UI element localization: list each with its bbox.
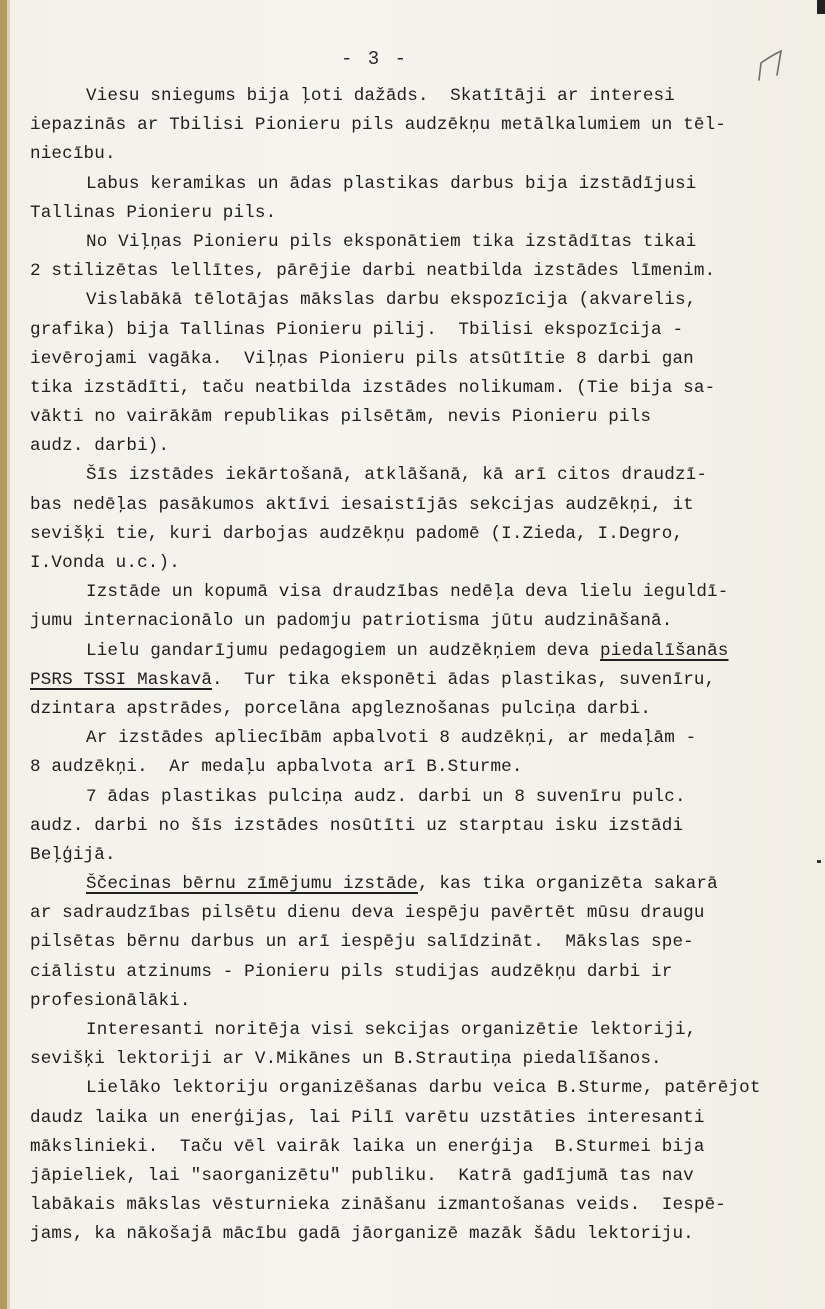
text-line: audz. darbi). — [30, 432, 825, 461]
text-line: 2 stilizētas lellītes, pārējie darbi nea… — [30, 257, 825, 286]
text-segment: I.Vonda u.c.). — [30, 553, 180, 573]
text-segment: Labus keramikas un ādas plastikas darbus… — [86, 174, 696, 194]
paragraph-start-line: Lielu gandarījumu pedagogiem un audzēkņi… — [30, 637, 825, 666]
text-segment: ievērojami vagāka. Viļņas Pionieru pils … — [30, 349, 694, 369]
text-line: ievērojami vagāka. Viļņas Pionieru pils … — [30, 345, 825, 374]
text-segment: , kas tika organizēta sakarā — [418, 874, 718, 894]
typewritten-page: - 3 - Viesu sniegums bija ļoti dažāds. S… — [10, 0, 825, 1309]
text-line: niecību. — [30, 140, 825, 169]
text-segment: ar sadraudzības pilsētu dienu deva iespē… — [30, 903, 705, 923]
text-segment: tika izstādīti, taču neatbilda izstādes … — [30, 378, 715, 398]
text-line: jams, ka nākošajā mācību gadā jāorganizē… — [30, 1220, 825, 1249]
text-segment: Lielu gandarījumu pedagogiem un audzēkņi… — [86, 641, 600, 661]
paragraph-start-line: Viesu sniegums bija ļoti dažāds. Skatītā… — [30, 82, 825, 111]
text-line: sevišķi lektoriji ar V.Mikānes un B.Stra… — [30, 1045, 825, 1074]
text-segment: niecību. — [30, 144, 116, 164]
underlined-text: piedalīšanās — [600, 641, 729, 661]
text-segment: Šīs izstādes iekārtošanā, atklāšanā, kā … — [86, 465, 707, 485]
text-segment: ciālistu atzinums - Pionieru pils studij… — [30, 962, 672, 982]
text-segment: Viesu sniegums bija ļoti dažāds. Skatītā… — [86, 86, 675, 106]
paragraph-start-line: 7 ādas plastikas pulciņa audz. darbi un … — [30, 783, 825, 812]
text-segment: labākais mākslas vēsturnieka zināšanu iz… — [30, 1195, 726, 1215]
paragraph-start-line: Interesanti noritēja visi sekcijas organ… — [30, 1016, 825, 1045]
scan-corner — [817, 0, 825, 14]
text-line: PSRS TSSI Maskavā. Tur tika eksponēti ād… — [30, 666, 825, 695]
text-segment: grafika) bija Tallinas Pionieru pilij. T… — [30, 320, 683, 340]
text-segment: Beļģijā. — [30, 845, 116, 865]
text-segment: sevišķi tie, kuri darbojas audzēkņu pado… — [30, 524, 683, 544]
paragraph-start-line: No Viļņas Pionieru pils eksponātiem tika… — [30, 228, 825, 257]
text-segment: jāpieliek, lai "saorganizētu" publiku. K… — [30, 1166, 694, 1186]
text-segment: jams, ka nākošajā mācību gadā jāorganizē… — [30, 1224, 694, 1244]
text-line: iepazinās ar Tbilisi Pionieru pils audzē… — [30, 111, 825, 140]
text-segment: iepazinās ar Tbilisi Pionieru pils audzē… — [30, 115, 726, 135]
text-line: audz. darbi no šīs izstādes nosūtīti uz … — [30, 812, 825, 841]
text-line: jumu internacionālo un padomju patriotis… — [30, 607, 825, 636]
text-segment: sevišķi lektoriji ar V.Mikānes un B.Stra… — [30, 1049, 662, 1069]
text-line: daudz laika un enerģijas, lai Pilī varēt… — [30, 1104, 825, 1133]
paragraph-start-line: Ar izstādes apliecībām apbalvoti 8 audzē… — [30, 724, 825, 753]
text-line: sevišķi tie, kuri darbojas audzēkņu pado… — [30, 520, 825, 549]
paragraph-start-line: Vislabākā tēlotājas mākslas darbu ekspoz… — [30, 286, 825, 315]
text-line: jāpieliek, lai "saorganizētu" publiku. K… — [30, 1162, 825, 1191]
text-line: vākti no vairākām republikas pilsētām, n… — [30, 403, 825, 432]
text-line: 8 audzēkņi. Ar medaļu apbalvota arī B.St… — [30, 753, 825, 782]
text-segment: mākslinieki. Taču vēl vairāk laika un en… — [30, 1137, 705, 1157]
text-segment: . Tur tika eksponēti ādas plastikas, suv… — [212, 670, 715, 690]
text-line: profesionālāki. — [30, 987, 825, 1016]
text-segment: Interesanti noritēja visi sekcijas organ… — [86, 1020, 696, 1040]
page-number: - 3 - — [341, 48, 408, 70]
text-line: ciālistu atzinums - Pionieru pils studij… — [30, 958, 825, 987]
text-line: Beļģijā. — [30, 841, 825, 870]
text-segment: Izstāde un kopumā visa draudzības nedēļa… — [86, 582, 728, 602]
text-line: dzintara apstrādes, porcelāna apgleznoša… — [30, 695, 825, 724]
text-segment: bas nedēļas pasākumos aktīvi iesaistījās… — [30, 495, 694, 515]
text-line: bas nedēļas pasākumos aktīvi iesaistījās… — [30, 491, 825, 520]
text-line: grafika) bija Tallinas Pionieru pilij. T… — [30, 316, 825, 345]
text-segment: profesionālāki. — [30, 991, 191, 1011]
text-line: ar sadraudzības pilsētu dienu deva iespē… — [30, 899, 825, 928]
text-segment: No Viļņas Pionieru pils eksponātiem tika… — [86, 232, 696, 252]
text-line: pilsētas bērnu darbus un arī iespēju sal… — [30, 928, 825, 957]
text-segment: Lielāko lektoriju organizēšanas darbu ve… — [86, 1078, 761, 1098]
text-segment: Ar izstādes apliecībām apbalvoti 8 audzē… — [86, 728, 696, 748]
paragraph-start-line: Labus keramikas un ādas plastikas darbus… — [30, 170, 825, 199]
margin-mark — [817, 860, 821, 863]
text-line: tika izstādīti, taču neatbilda izstādes … — [30, 374, 825, 403]
text-segment: 2 stilizētas lellītes, pārējie darbi nea… — [30, 261, 715, 281]
text-segment: 7 ādas plastikas pulciņa audz. darbi un … — [86, 787, 686, 807]
paragraph-start-line: Ščecinas bērnu zīmējumu izstāde, kas tik… — [30, 870, 825, 899]
text-line: I.Vonda u.c.). — [30, 549, 825, 578]
underlined-text: Ščecinas bērnu zīmējumu izstāde — [86, 874, 418, 894]
text-line: labākais mākslas vēsturnieka zināšanu iz… — [30, 1191, 825, 1220]
paragraph-start-line: Lielāko lektoriju organizēšanas darbu ve… — [30, 1074, 825, 1103]
text-segment: Tallinas Pionieru pils. — [30, 203, 276, 223]
text-segment: audz. darbi). — [30, 436, 169, 456]
text-segment: pilsētas bērnu darbus un arī iespēju sal… — [30, 932, 694, 952]
document-body: Viesu sniegums bija ļoti dažāds. Skatītā… — [30, 82, 825, 1250]
text-segment: dzintara apstrādes, porcelāna apgleznoša… — [30, 699, 651, 719]
paragraph-start-line: Izstāde un kopumā visa draudzības nedēļa… — [30, 578, 825, 607]
binding-edge — [0, 0, 7, 1309]
text-line: Tallinas Pionieru pils. — [30, 199, 825, 228]
text-segment: audz. darbi no šīs izstādes nosūtīti uz … — [30, 816, 683, 836]
text-line: mākslinieki. Taču vēl vairāk laika un en… — [30, 1133, 825, 1162]
underlined-text: PSRS TSSI Maskavā — [30, 670, 212, 690]
text-segment: Vislabākā tēlotājas mākslas darbu ekspoz… — [86, 290, 696, 310]
text-segment: jumu internacionālo un padomju patriotis… — [30, 611, 672, 631]
paragraph-start-line: Šīs izstādes iekārtošanā, atklāšanā, kā … — [30, 461, 825, 490]
text-segment: vākti no vairākām republikas pilsētām, n… — [30, 407, 651, 427]
text-segment: 8 audzēkņi. Ar medaļu apbalvota arī B.St… — [30, 757, 523, 777]
text-segment: daudz laika un enerģijas, lai Pilī varēt… — [30, 1108, 705, 1128]
